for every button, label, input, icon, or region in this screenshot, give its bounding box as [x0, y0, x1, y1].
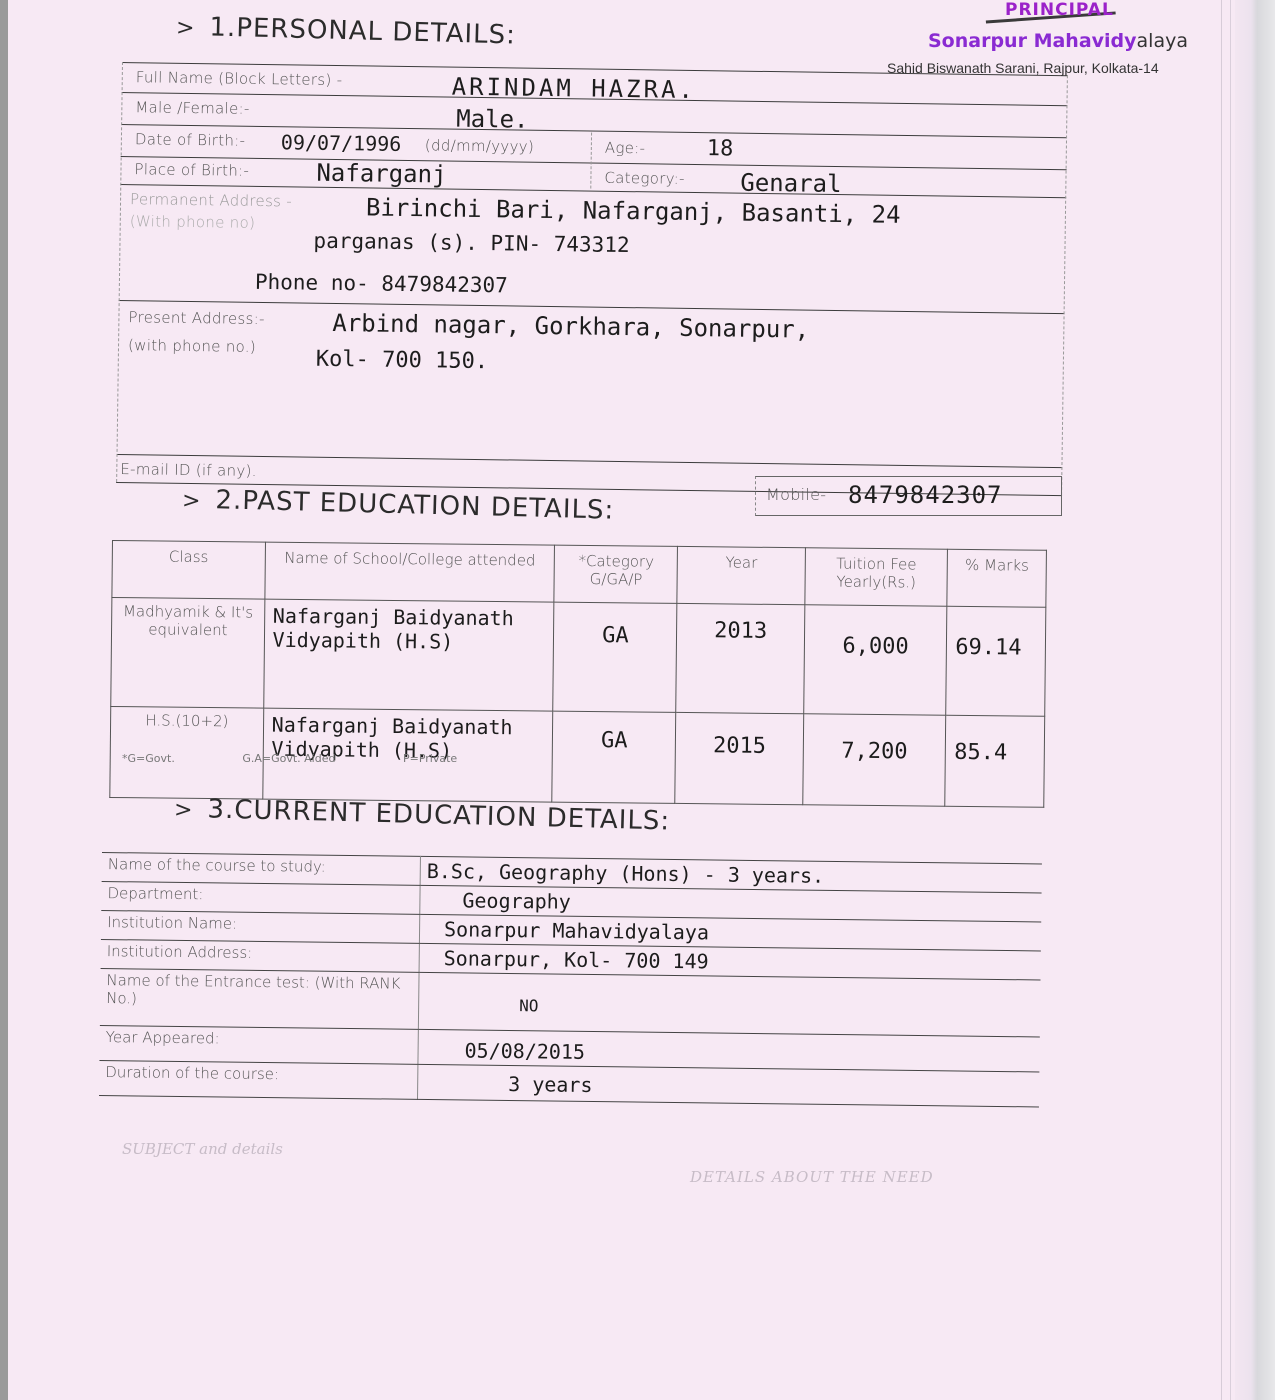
current-education-table: Name of the course to study: B.Sc, Geogr…: [99, 852, 1042, 1107]
department-label: Department:: [101, 881, 420, 914]
table-header-row: Class Name of School/College attended *C…: [112, 541, 1047, 608]
full-name-label: Full Name (Block Letters) -: [136, 68, 343, 89]
pob-label: Place of Birth:-: [134, 160, 249, 180]
stamp-college: Sonarpur Mahavidyalaya: [928, 30, 1188, 52]
section1-heading-text: 1.PERSONAL DETAILS:: [209, 12, 516, 50]
arrow-icon: >: [174, 798, 194, 824]
arrow-icon: >: [182, 488, 202, 514]
col-fee: Tuition Fee Yearly(Rs.): [805, 548, 948, 606]
entrance-test-value: NO: [418, 972, 1040, 1037]
mobile-box: Mobile- 8479842307: [755, 476, 1062, 516]
arrow-icon: >: [176, 16, 196, 42]
col-year: Year: [677, 546, 805, 604]
col-marks: % Marks: [947, 549, 1046, 607]
past-education-table: Class Name of School/College attended *C…: [109, 540, 1047, 808]
cell-category: GA: [553, 602, 677, 712]
mobile-label: Mobile-: [766, 485, 826, 504]
gender-value: Male.: [456, 105, 529, 134]
cell-fee: 6,000: [804, 605, 948, 715]
age-label: Age:-: [605, 139, 646, 158]
dob-value: 09/07/1996: [281, 130, 402, 156]
pob-value: Nafarganj: [316, 159, 446, 189]
year-appeared-label: Year Appeared:: [99, 1025, 418, 1064]
col-school: Name of School/College attended: [265, 542, 555, 602]
table-row: Madhyamik & It's equivalent Nafarganj Ba…: [111, 598, 1046, 717]
present-address-label: Present Address:-: [128, 308, 265, 328]
email-label: E-mail ID (if any).: [120, 460, 257, 480]
section1-heading: >1.PERSONAL DETAILS:: [176, 12, 517, 51]
perm-address-line1: Birinchi Bari, Nafarganj, Basanti, 24: [366, 193, 901, 228]
duration-label: Duration of the course:: [99, 1060, 418, 1099]
scan-left-edge: [0, 0, 8, 1400]
age-value: 18: [707, 136, 734, 161]
divider: [590, 133, 592, 189]
divider: [121, 124, 1067, 138]
dob-format: (dd/mm/yyyy): [425, 136, 534, 156]
cell-category: GA: [552, 711, 676, 803]
perm-address-sublabel: (With phone no): [130, 212, 256, 232]
course-label: Name of the course to study:: [102, 852, 421, 885]
perm-address-line2: parganas (s). PIN- 743312: [313, 229, 629, 257]
mobile-value: 8479842307: [848, 481, 1003, 509]
cell-marks: 85.4: [945, 715, 1045, 807]
present-address-sublabel: (with phone no.): [128, 336, 256, 356]
divider: [117, 454, 1063, 468]
cell-year: 2015: [675, 712, 803, 804]
faded-text-right: DETAILS ABOUT THE NEED: [690, 1168, 934, 1186]
col-class: Class: [112, 541, 265, 600]
perm-phone: Phone no- 8479842307: [255, 270, 508, 298]
cell-year: 2013: [676, 603, 805, 713]
legend-govt: *G=Govt.: [122, 752, 175, 765]
category-value: Genaral: [740, 169, 842, 198]
border-right: [1061, 75, 1068, 495]
personal-details-box: Full Name (Block Letters) - ARINDAM HAZR…: [116, 62, 1068, 527]
scan-right-edge: [1235, 0, 1275, 1400]
divider: [121, 156, 1067, 170]
cell-fee: 7,200: [803, 714, 946, 806]
full-name-value: ARINDAM HAZRA.: [451, 73, 696, 104]
institution-name-label: Institution Name:: [101, 910, 420, 943]
category-legend: *G=Govt. G.A=Govt. Aided P=Private: [122, 752, 521, 765]
stamp-college-tail: alaya: [1137, 30, 1188, 52]
cell-school: Nafarganj Baidyanath Vidyapith (H.S): [263, 599, 554, 711]
principal-stamp: PRINCIPAL Sonarpur Mahavidyalaya Sahid B…: [965, 0, 1195, 85]
duration-value: 3 years: [418, 1064, 1040, 1107]
present-address-line1: Arbind nagar, Gorkhara, Sonarpur,: [332, 309, 809, 344]
present-address-line2: Kol- 700 150.: [316, 347, 489, 374]
legend-govt-aided: G.A=Govt. Aided: [242, 752, 335, 765]
cell-class: Madhyamik & It's equivalent: [111, 598, 265, 709]
col-category: *Category G/GA/P: [554, 545, 678, 603]
category-label: Category:-: [604, 169, 685, 188]
institution-address-label: Institution Address:: [101, 939, 420, 972]
stamp-college-highlight: Sonarpur Mahavidy: [928, 30, 1137, 52]
page-edge: [1221, 0, 1231, 1400]
perm-address-label: Permanent Address -: [130, 190, 292, 210]
legend-private: P=Private: [403, 752, 457, 765]
entrance-test-label: Name of the Entrance test: (With RANK No…: [100, 968, 419, 1029]
border-left: [116, 62, 123, 482]
cell-marks: 69.14: [946, 606, 1046, 716]
dob-label: Date of Birth:-: [135, 130, 246, 150]
stamp-title: PRINCIPAL: [1005, 0, 1114, 20]
gender-label: Male /Female:-: [135, 98, 250, 118]
faded-text-left: SUBJECT and details: [122, 1140, 283, 1158]
